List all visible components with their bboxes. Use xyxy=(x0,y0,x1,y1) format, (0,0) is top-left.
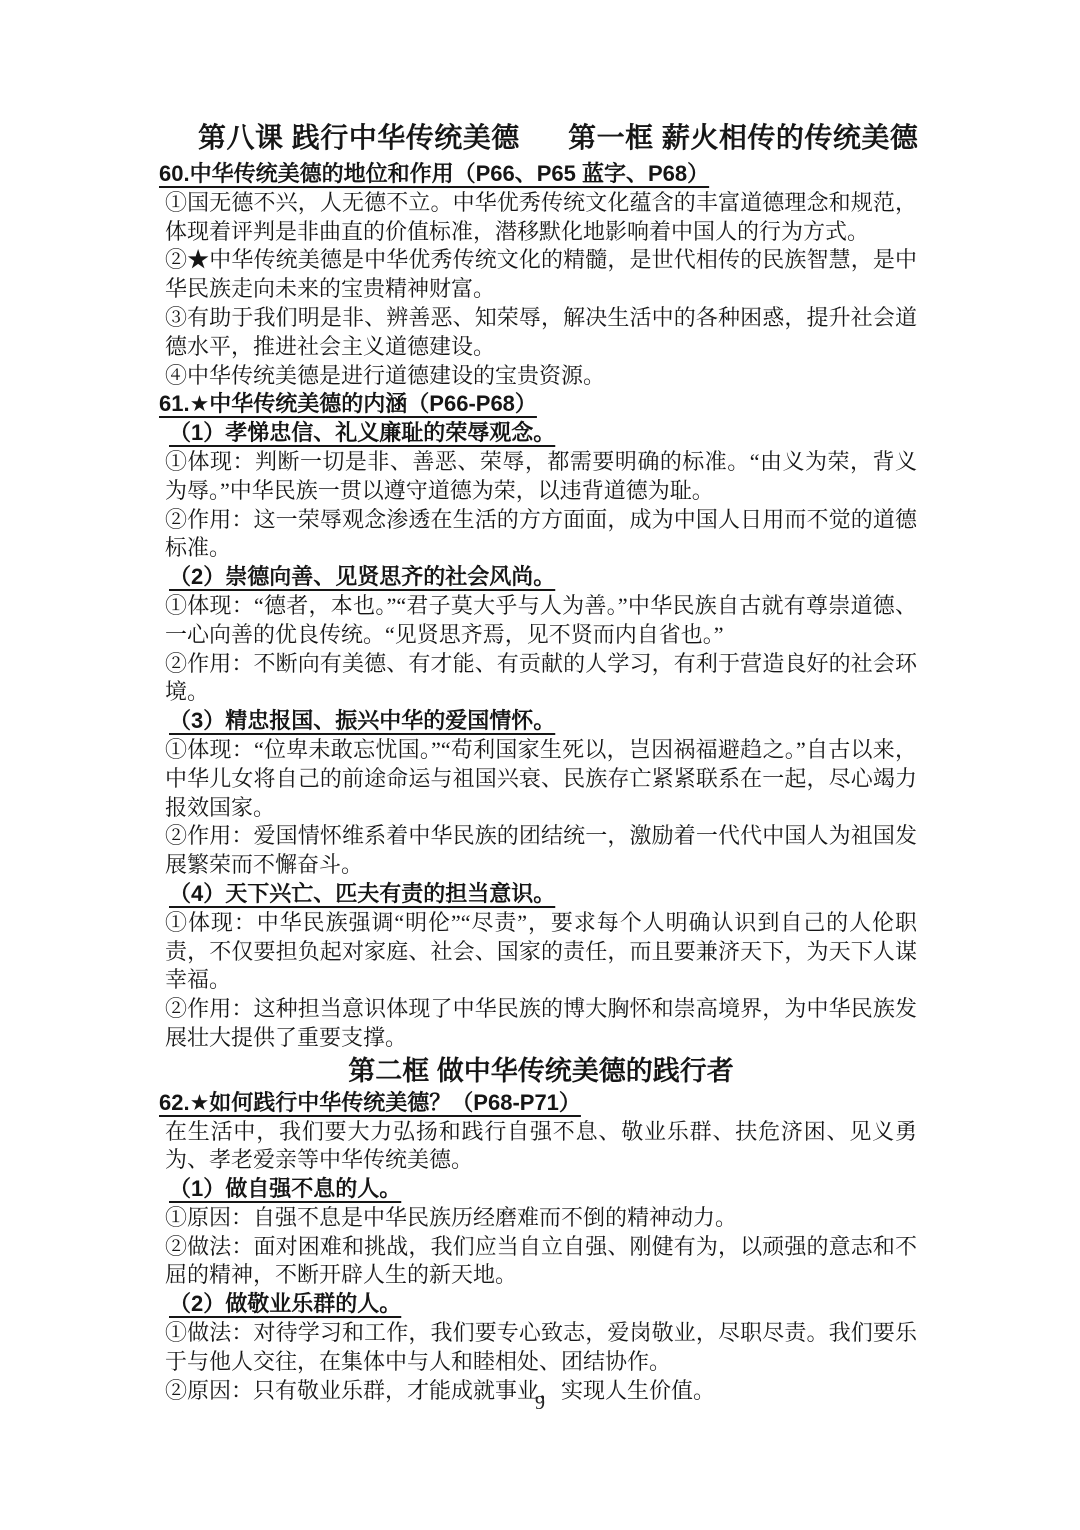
item-61-sub-2-point-1: ①体现：“德者，本也。”“君子莫大乎与人为善。”中华民族自古就有尊崇道德、一心向… xyxy=(165,592,917,650)
item-61-sub-3-point-1: ①体现：“位卑未敢忘忧国。”“苟利国家生死以，岂因祸福避趋之。”自古以来，中华儿… xyxy=(165,736,917,822)
item-62-sub-1-point-1: ①原因：自强不息是中华民族历经磨难而不倒的精神动力。 xyxy=(165,1204,917,1233)
item-61-sub-4-point-2: ②作用：这种担当意识体现了中华民族的博大胸怀和崇高境界，为中华民族发展壮大提供了… xyxy=(165,995,917,1053)
item-61-sub-3-heading: （3）精忠报国、振兴中华的爱国情怀。 xyxy=(165,707,917,736)
page-number: 9 xyxy=(0,1392,1080,1415)
frame2-title: 第二框 做中华传统美德的践行者 xyxy=(165,1053,917,1089)
item-60-point-1: ①国无德不兴，人无德不立。中华优秀传统文化蕴含的丰富道德理念和规范，体现着评判是… xyxy=(165,189,917,247)
item-61-sub-4-point-1: ①体现：中华民族强调“明伦”“尽责”，要求每个人明确认识到自己的人伦职责，不仅要… xyxy=(165,909,917,995)
item-62-sub-1-point-2: ②做法：面对困难和挑战，我们应当自立自强、刚健有为，以顽强的意志和不屈的精神，不… xyxy=(165,1233,917,1291)
item-60-heading: 60.中华传统美德的地位和作用（P66、P65 蓝字、P68） xyxy=(159,160,917,189)
frame1-title: 第一框 薪火相传的传统美德 xyxy=(568,122,918,153)
item-61-sub-1-point-2: ②作用：这一荣辱观念渗透在生活的方方面面，成为中国人日用而不觉的道德标准。 xyxy=(165,506,917,564)
item-61-sub-3-point-2: ②作用：爱国情怀维系着中华民族的团结统一，激励着一代代中国人为祖国发展繁荣而不懈… xyxy=(165,822,917,880)
document-page: 第八课 践行中华传统美德 第一框 薪火相传的传统美德 60.中华传统美德的地位和… xyxy=(0,0,1080,1530)
item-62-sub-2-point-1: ①做法：对待学习和工作，我们要专心致志，爱岗敬业，尽职尽责。我们要乐于与他人交往… xyxy=(165,1319,917,1377)
item-61-sub-4-heading: （4）天下兴亡、匹夫有责的担当意识。 xyxy=(165,880,917,909)
item-61-sub-1-point-1: ①体现：判断一切是非、善恶、荣辱，都需要明确的标准。“由义为荣，背义为辱。”中华… xyxy=(165,448,917,506)
item-60-point-2: ②★中华传统美德是中华优秀传统文化的精髓，是世代相传的民族智慧，是中华民族走向未… xyxy=(165,246,917,304)
item-62-sub-1-heading: （1）做自强不息的人。 xyxy=(165,1175,917,1204)
item-61-sub-1-heading: （1）孝悌忠信、礼义廉耻的荣辱观念。 xyxy=(165,419,917,448)
item-61-sub-2-point-2: ②作用：不断向有美德、有才能、有贡献的人学习，有利于营造良好的社会环境。 xyxy=(165,650,917,708)
item-60-point-4: ④中华传统美德是进行道德建设的宝贵资源。 xyxy=(165,362,917,391)
item-62-intro: 在生活中，我们要大力弘扬和践行自强不息、敬业乐群、扶危济困、见义勇为、孝老爱亲等… xyxy=(165,1118,917,1176)
item-61-heading: 61.★中华传统美德的内涵（P66-P68） xyxy=(159,390,917,419)
item-61-sub-2-heading: （2）崇德向善、见贤思齐的社会风尚。 xyxy=(165,563,917,592)
lesson-title: 第八课 践行中华传统美德 xyxy=(198,122,520,153)
page-title: 第八课 践行中华传统美德 第一框 薪火相传的传统美德 xyxy=(165,116,917,160)
item-62-sub-2-heading: （2）做敬业乐群的人。 xyxy=(165,1290,917,1319)
document-body: 第八课 践行中华传统美德 第一框 薪火相传的传统美德 60.中华传统美德的地位和… xyxy=(165,116,917,1405)
item-62-heading: 62.★如何践行中华传统美德？（P68-P71） xyxy=(159,1089,917,1118)
item-60-point-3: ③有助于我们明是非、辨善恶、知荣辱，解决生活中的各种困惑，提升社会道德水平，推进… xyxy=(165,304,917,362)
